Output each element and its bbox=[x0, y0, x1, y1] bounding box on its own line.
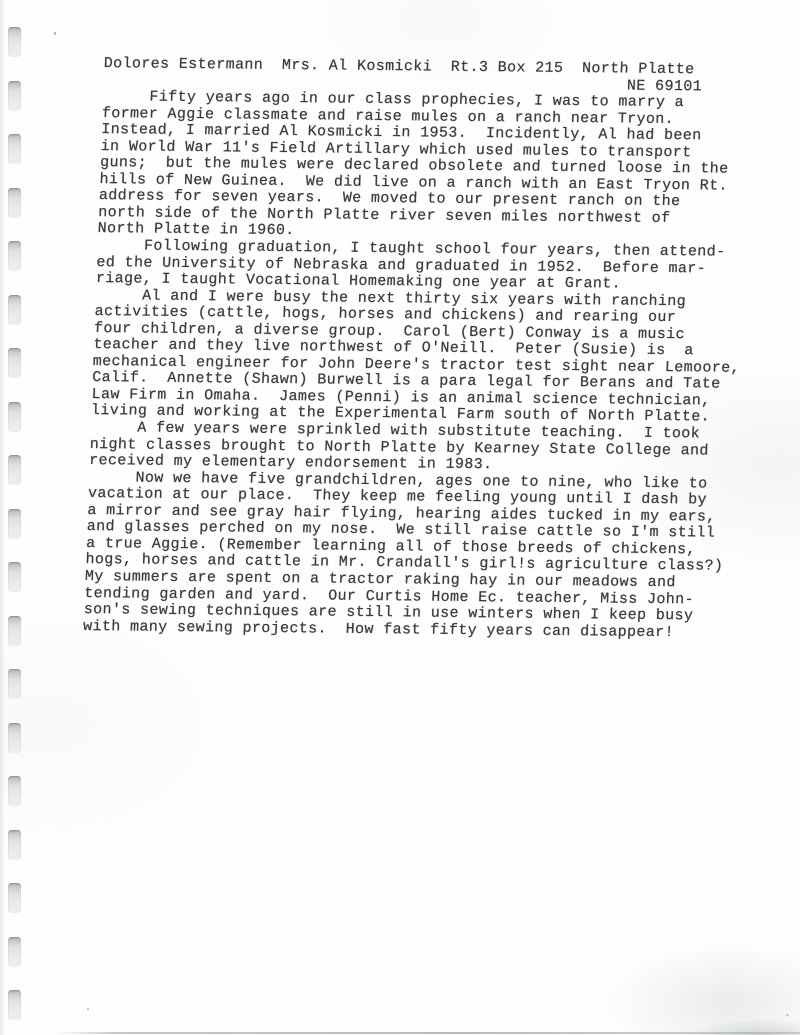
binding-hole bbox=[8, 669, 21, 699]
paragraph: Now we have five grandchildren, ages one… bbox=[83, 470, 736, 642]
bottom-right-smudge bbox=[670, 1005, 800, 1035]
paragraph: Al and I were busy the next thirty six y… bbox=[91, 288, 743, 427]
binding-hole bbox=[8, 990, 21, 1020]
binding-hole bbox=[8, 776, 21, 806]
binding-hole bbox=[8, 27, 21, 57]
paragraph: A few years were sprinkled with substitu… bbox=[89, 420, 738, 476]
paragraph: Following graduation, I taught school fo… bbox=[96, 238, 745, 294]
paragraph: Fifty years ago in our class prophecies,… bbox=[97, 89, 750, 245]
binding-hole bbox=[8, 455, 21, 485]
page-left-edge-shading bbox=[0, 0, 5, 1035]
letter-body: Fifty years ago in our class prophecies,… bbox=[83, 89, 750, 642]
binding-hole bbox=[8, 348, 21, 378]
scanned-document-page: Dolores Estermann Mrs. Al Kosmicki Rt.3 … bbox=[0, 0, 800, 1035]
binding-hole bbox=[8, 134, 21, 164]
binding-hole bbox=[8, 830, 21, 860]
binding-hole bbox=[8, 723, 21, 753]
typewritten-text: Dolores Estermann Mrs. Al Kosmicki Rt.3 … bbox=[83, 56, 751, 642]
binding-hole bbox=[8, 616, 21, 646]
scan-speck bbox=[54, 32, 56, 35]
binding-hole bbox=[8, 562, 21, 592]
page-bottom-edge bbox=[55, 1032, 800, 1034]
binding-hole bbox=[8, 188, 21, 218]
binding-hole bbox=[8, 295, 21, 325]
binding-hole bbox=[8, 402, 21, 432]
binding-hole bbox=[8, 509, 21, 539]
scan-speck bbox=[87, 1008, 89, 1010]
binding-hole bbox=[8, 241, 21, 271]
binding-hole bbox=[8, 81, 21, 111]
binding-hole bbox=[8, 883, 21, 913]
binding-hole bbox=[8, 937, 21, 967]
